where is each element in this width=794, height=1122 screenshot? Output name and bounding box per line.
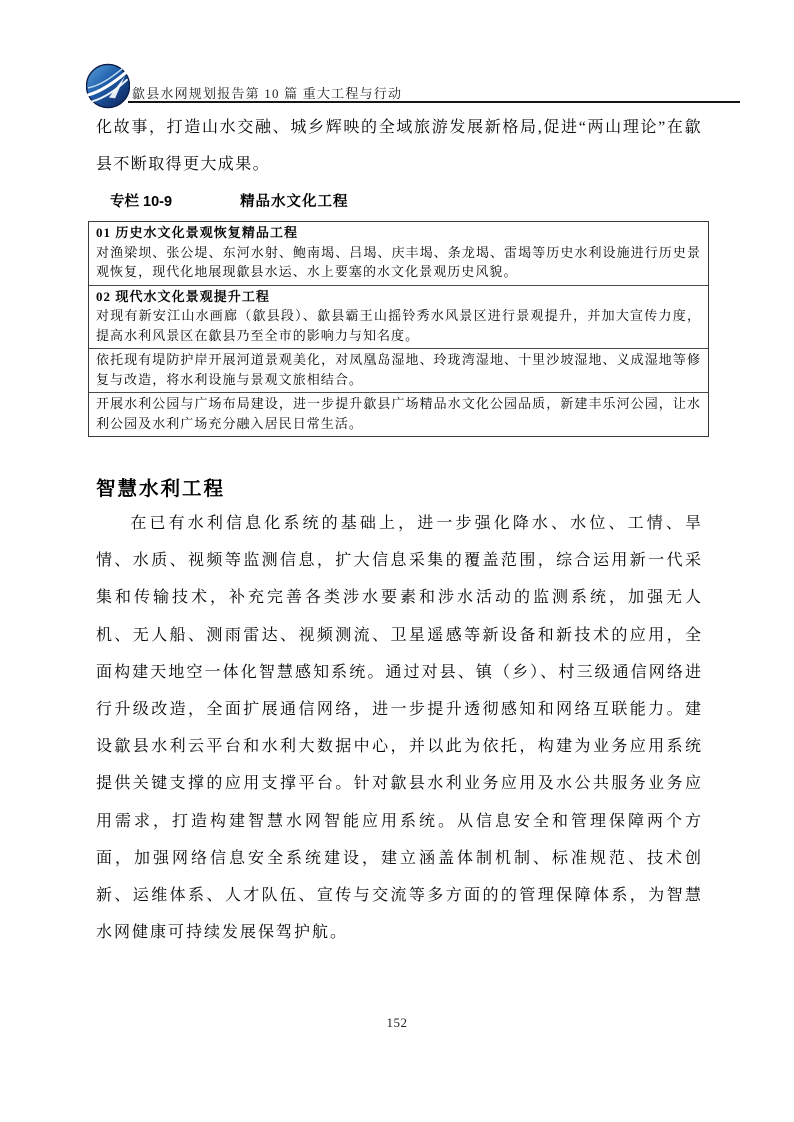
box-row-text: 对现有新安江山水画廊（歙县段）、歙县霸王山摇铃秀水风景区进行景观提升，并加大宣传… [96,306,701,345]
water-network-logo-icon [86,63,130,109]
section-body-paragraph: 在已有水利信息化系统的基础上，进一步强化降水、水位、工情、旱情、水质、视频等监测… [96,505,703,951]
box-row: 依托现有堤防护岸开展河道景观美化，对凤凰岛湿地、玲珑湾湿地、十里沙坡湿地、义成湿… [89,348,708,392]
box-row-heading: 01 历史水文化景观恢复精品工程 [96,223,701,243]
box-caption-title: 精品水文化工程 [240,194,349,210]
box-row-text: 对渔梁坝、张公堤、东河水射、鲍南堨、吕堨、庆丰堨、条龙堨、雷堨等历史水利设施进行… [96,243,701,282]
feature-box: 01 历史水文化景观恢复精品工程 对渔梁坝、张公堤、东河水射、鲍南堨、吕堨、庆丰… [88,221,709,437]
box-row: 02 现代水文化景观提升工程 对现有新安江山水画廊（歙县段）、歙县霸王山摇铃秀水… [89,285,708,349]
box-caption-label: 专栏 10-9 [110,194,172,210]
page-number: 152 [0,1015,794,1031]
header-rule-divider [128,101,740,103]
box-row-heading: 02 现代水文化景观提升工程 [96,287,701,307]
header-title: 歙县水网规划报告第 10 篇 重大工程与行动 [132,83,402,102]
document-page: { "header": { "title": "歙县水网规划报告第 10 篇 重… [0,0,794,1122]
intro-paragraph: 化故事，打造山水交融、城乡辉映的全域旅游发展新格局,促进“两山理论”在歙县不断取… [96,109,702,183]
box-row: 01 历史水文化景观恢复精品工程 对渔梁坝、张公堤、东河水射、鲍南堨、吕堨、庆丰… [89,222,708,285]
section-heading: 智慧水利工程 [96,473,225,501]
box-row-text: 依托现有堤防护岸开展河道景观美化，对凤凰岛湿地、玲珑湾湿地、十里沙坡湿地、义成湿… [96,350,701,389]
box-row: 开展水利公园与广场布局建设，进一步提升歙县广场精品水文化公园品质，新建丰乐河公园… [89,392,708,436]
box-caption: 专栏 10-9精品水文化工程 [110,190,349,211]
box-row-text: 开展水利公园与广场布局建设，进一步提升歙县广场精品水文化公园品质，新建丰乐河公园… [96,394,701,433]
